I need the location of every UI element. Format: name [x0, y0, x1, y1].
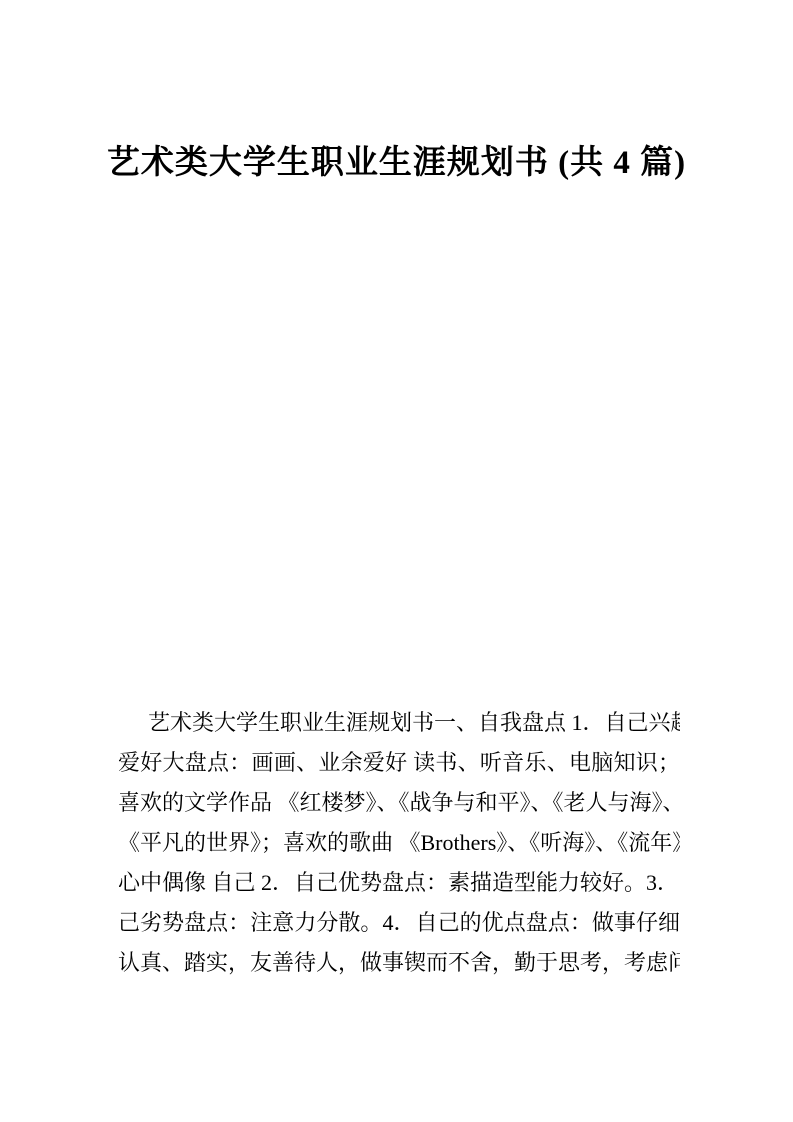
- document-title: 艺术类大学生职业生涯规划书 (共 4 篇): [0, 136, 793, 183]
- text-line: 己劣势盘点：注意力分散。4．自己的优点盘点：做事仔细: [118, 903, 680, 943]
- text-line: 心中偶像 自己 2．自己优势盘点：素描造型能力较好。3．自: [118, 863, 680, 903]
- document-page: 艺术类大学生职业生涯规划书 (共 4 篇) 艺术类大学生职业生涯规划书一、自我盘…: [0, 0, 793, 1122]
- text-line: 《平凡的世界》；喜欢的歌曲 《Brothers》、《听海》、《流年》；: [118, 823, 680, 863]
- text-line: 艺术类大学生职业生涯规划书一、自我盘点 1．自己兴趣: [118, 703, 680, 743]
- body-paragraph: 艺术类大学生职业生涯规划书一、自我盘点 1．自己兴趣 爱好大盘点：画画、业余爱好…: [118, 703, 680, 983]
- text-line: 爱好大盘点：画画、业余爱好 读书、听音乐、电脑知识；: [118, 743, 680, 783]
- text-line: 喜欢的文学作品 《红楼梦》、《战争与和平》、《老人与海》、: [118, 783, 680, 823]
- text-line: 认真、踏实，友善待人，做事锲而不舍，勤于思考，考虑问: [118, 943, 680, 983]
